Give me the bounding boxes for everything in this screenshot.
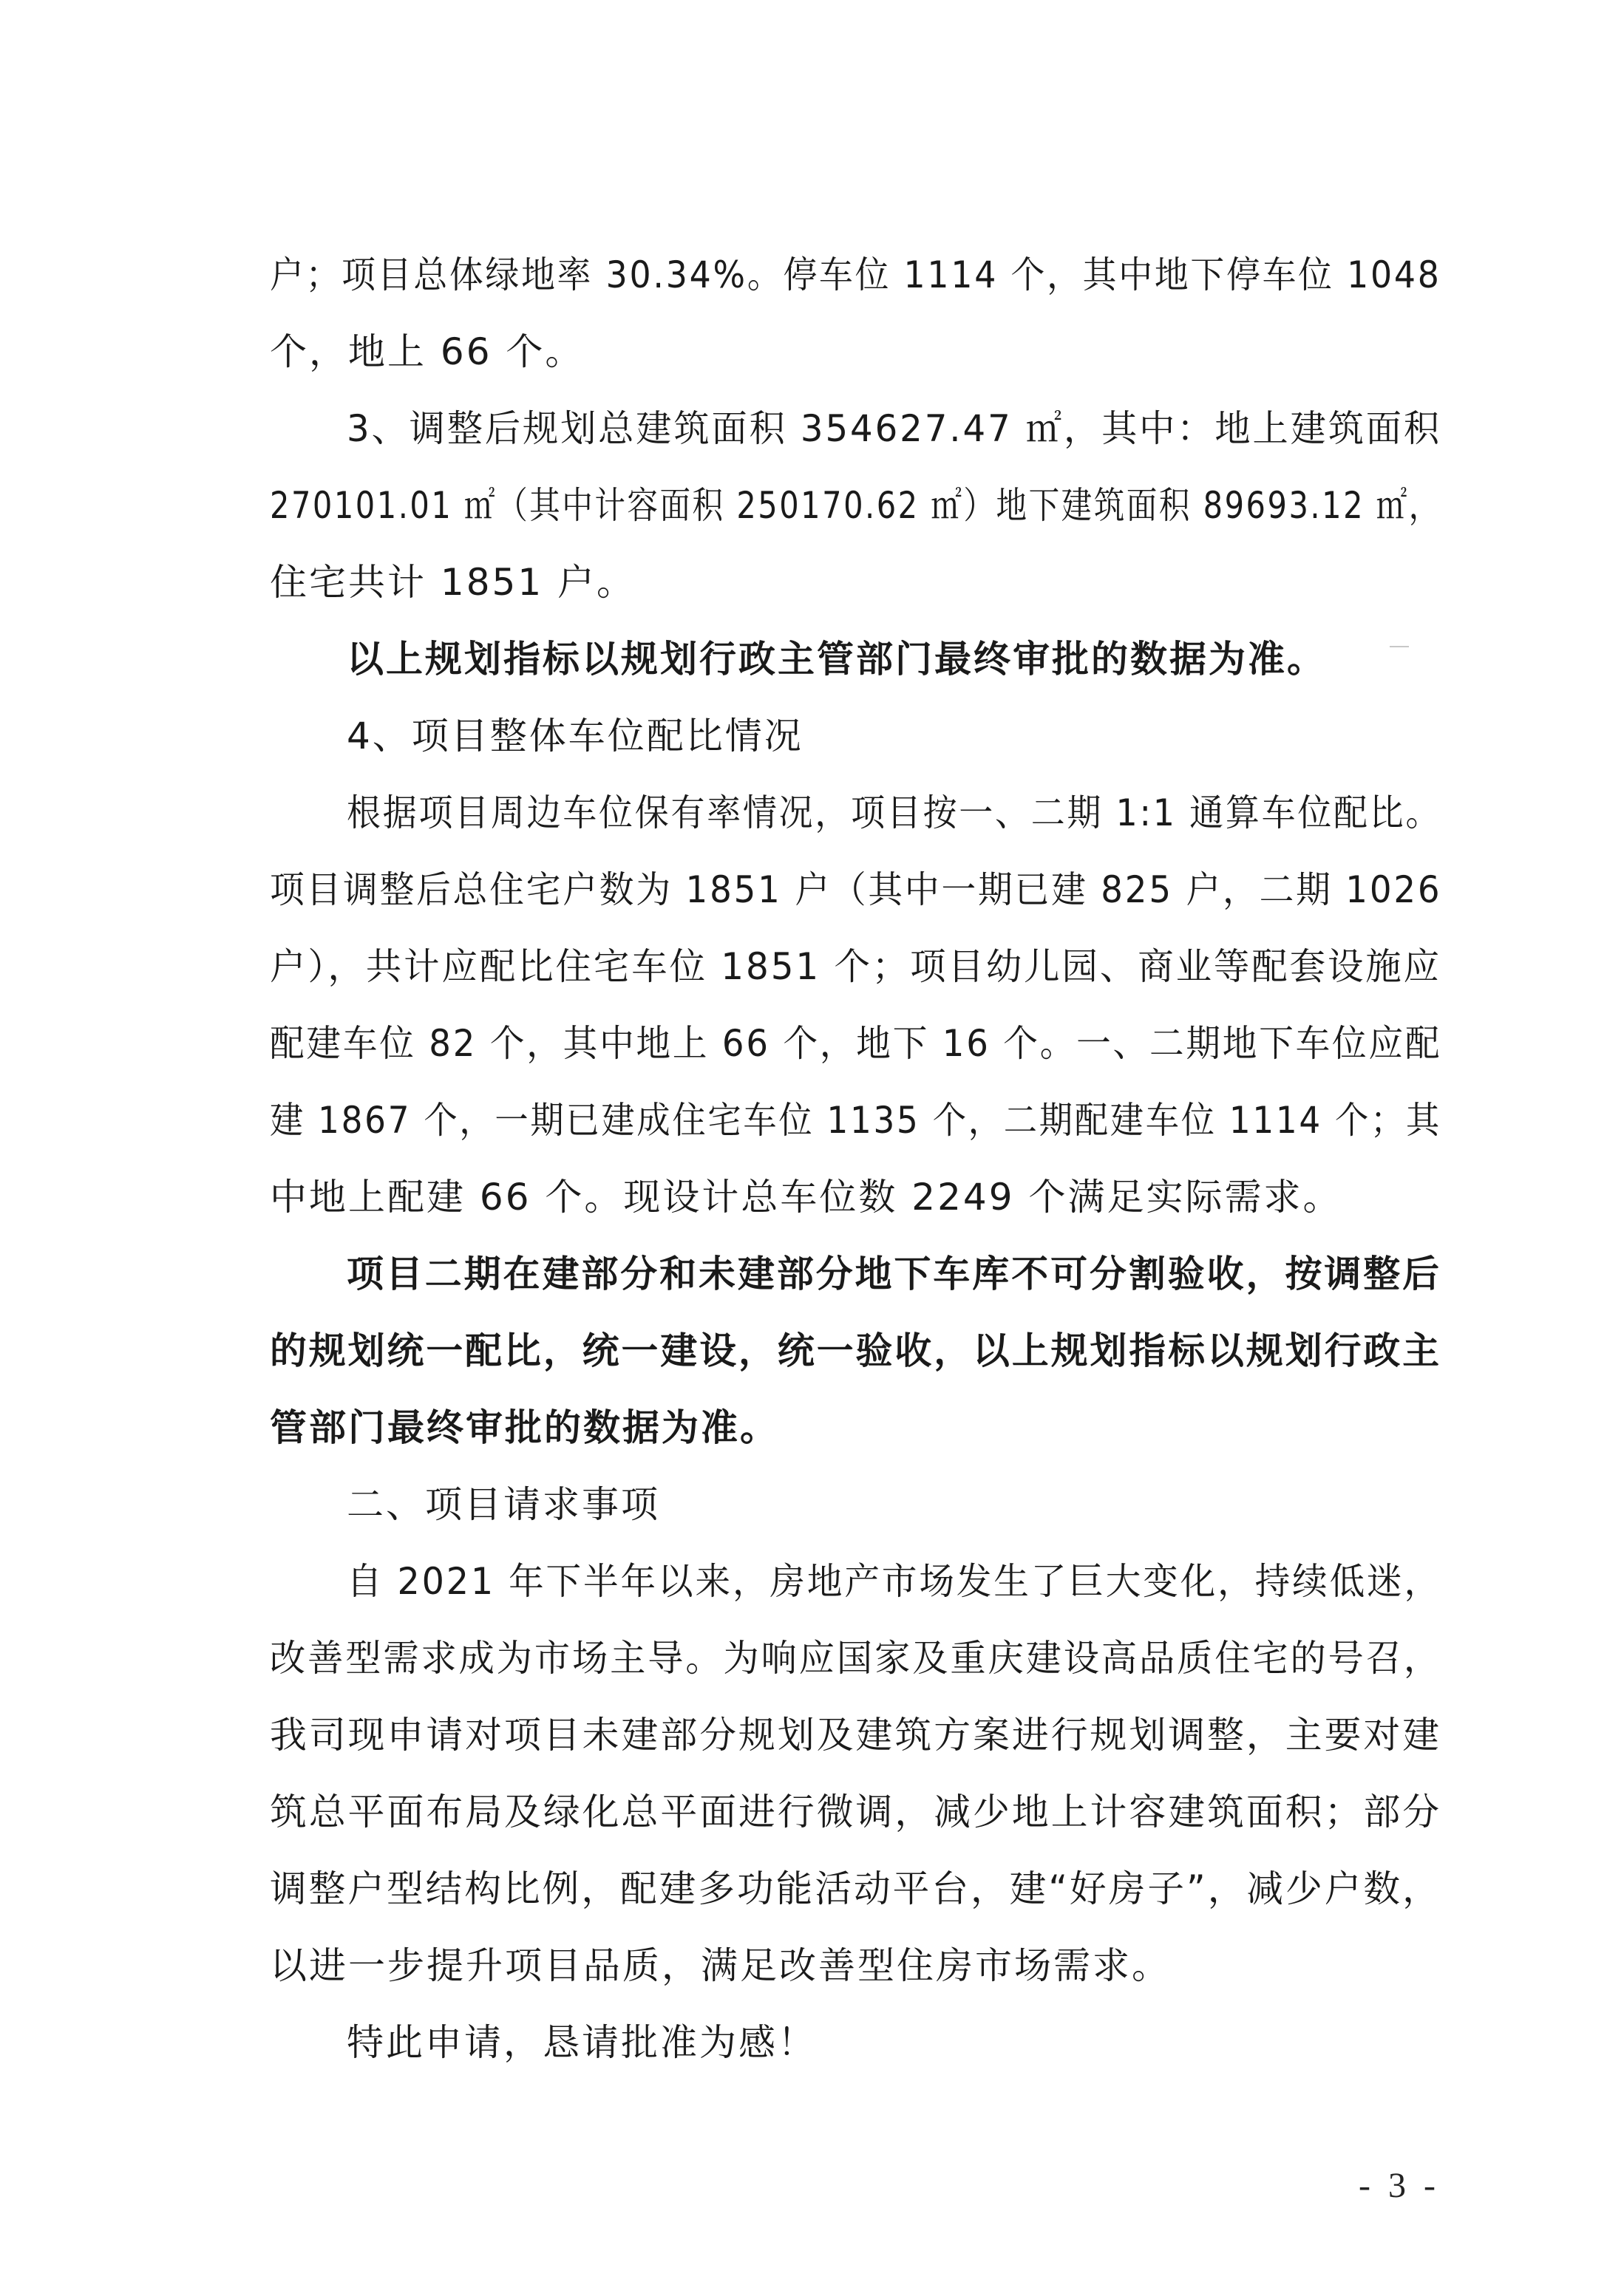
text-line: 户），共计应配比住宅车位 1851 个；项目幼儿园、商业等配套设施应 (270, 928, 1441, 1005)
section-heading: 4、项目整体车位配比情况 (347, 698, 803, 774)
text-line: 270101.01 ㎡（其中计容面积 250170.62 ㎡）地下建筑面积 89… (270, 467, 1441, 544)
text-line: 根据项目周边车位保有率情况，项目按一、二期 1:1 通算车位配比。 (347, 774, 1441, 851)
text-line: 筑总平面布局及绿化总平面进行微调，减少地上计容建筑面积；部分 (270, 1774, 1441, 1850)
section-heading: 二、项目请求事项 (347, 1466, 660, 1543)
closing-line: 特此申请，恳请批准为感！ (347, 2004, 817, 2081)
text-line: 中地上配建 66 个。现设计总车位数 2249 个满足实际需求。 (270, 1159, 1342, 1236)
text-line: 我司现申请对项目未建部分规划及建筑方案进行规划调整，主要对建 (270, 1697, 1441, 1774)
bold-note-line: 以上规划指标以规划行政主管部门最终审批的数据为准。 (347, 621, 1326, 698)
text-line: 项目调整后总住宅户数为 1851 户（其中一期已建 825 户，二期 1026 (270, 851, 1441, 928)
bold-text-line: 的规划统一配比，统一建设，统一验收，以上规划指标以规划行政主 (270, 1312, 1441, 1389)
text-line: 3、调整后规划总建筑面积 354627.47 ㎡，其中：地上建筑面积 (347, 390, 1441, 467)
bold-text-line: 管部门最终审批的数据为准。 (270, 1389, 779, 1466)
text-line: 住宅共计 1851 户。 (270, 544, 636, 621)
text-line: 调整户型结构比例，配建多功能活动平台，建“好房子”，减少户数， (270, 1850, 1441, 1927)
text-line: 以进一步提升项目品质，满足改善型住房市场需求。 (270, 1927, 1171, 2004)
text-line: 配建车位 82 个，其中地上 66 个，地下 16 个。一、二期地下车位应配 (270, 1005, 1441, 1082)
scan-artifact (1390, 646, 1409, 647)
text-line: 个，地上 66 个。 (270, 313, 584, 390)
text-line: 自 2021 年下半年以来，房地产市场发生了巨大变化，持续低迷， (347, 1543, 1441, 1620)
text-line: 建 1867 个，一期已建成住宅车位 1135 个，二期配建车位 1114 个；… (270, 1082, 1441, 1159)
page-number: - 3 - (1359, 2165, 1440, 2206)
text-line: 改善型需求成为市场主导。为响应国家及重庆建设高品质住宅的号召， (270, 1620, 1441, 1697)
bold-text-line: 项目二期在建部分和未建部分地下车库不可分割验收，按调整后 (347, 1236, 1441, 1312)
text-line: 户；项目总体绿地率 30.34%。停车位 1114 个，其中地下停车位 1048 (270, 236, 1441, 313)
